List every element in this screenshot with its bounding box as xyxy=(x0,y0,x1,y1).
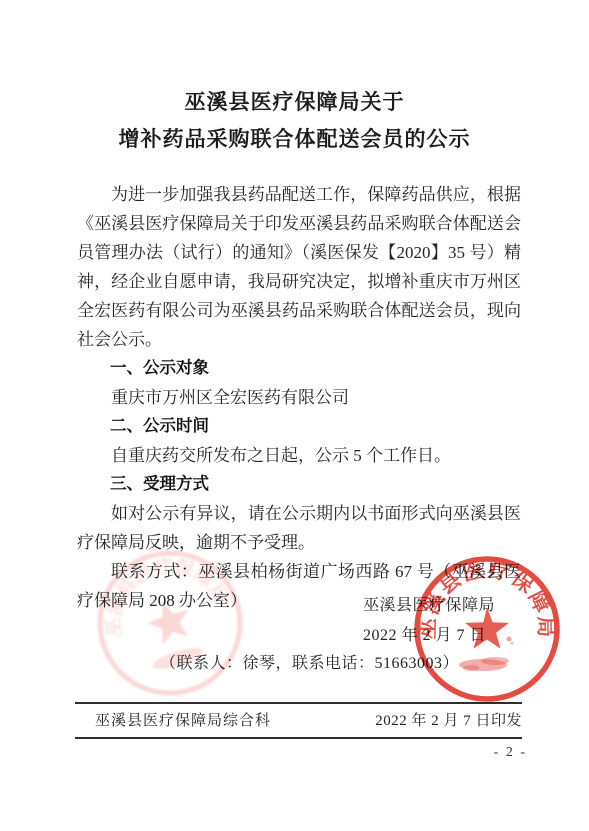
section-1-heading: 一、公示对象 xyxy=(77,354,521,383)
faint-seal-smudge xyxy=(150,644,204,673)
seal-ink-smudge xyxy=(459,637,514,672)
page-number: - 2 - xyxy=(75,745,527,761)
section-3-heading: 三、受理方式 xyxy=(77,470,521,499)
document-title-line-2: 增补药品采购联合体配送会员的公示 xyxy=(0,121,589,158)
document-title: 巫溪县医疗保障局关于 增补药品采购联合体配送会员的公示 xyxy=(0,84,589,158)
footer-divider-top xyxy=(75,702,522,704)
document-title-line-1: 巫溪县医疗保障局关于 xyxy=(0,84,589,121)
official-seal: 巫溪县医疗保障局 xyxy=(405,547,569,711)
document-page: 巫溪县医疗保障局关于 增补药品采购联合体配送会员的公示 为进一步加强我县药品配送… xyxy=(0,0,589,831)
faint-star-icon xyxy=(142,594,197,647)
footer-print-date: 2022 年 2 月 7 日印发 xyxy=(375,711,522,731)
star-icon xyxy=(465,607,509,649)
footer-issuing-department: 巫溪县医疗保障局综合科 xyxy=(95,711,271,731)
opening-paragraph: 为进一步加强我县药品配送工作，保障药品供应，根据《巫溪县医疗保障局关于印发巫溪县… xyxy=(77,180,521,354)
section-1-paragraph: 重庆市万州区全宏医药有限公司 xyxy=(77,383,521,412)
footer-divider-bottom xyxy=(75,737,522,739)
section-2-heading: 二、公示时间 xyxy=(77,412,521,441)
section-2-paragraph: 自重庆药交所发布之日起，公示 5 个工作日。 xyxy=(77,441,521,470)
